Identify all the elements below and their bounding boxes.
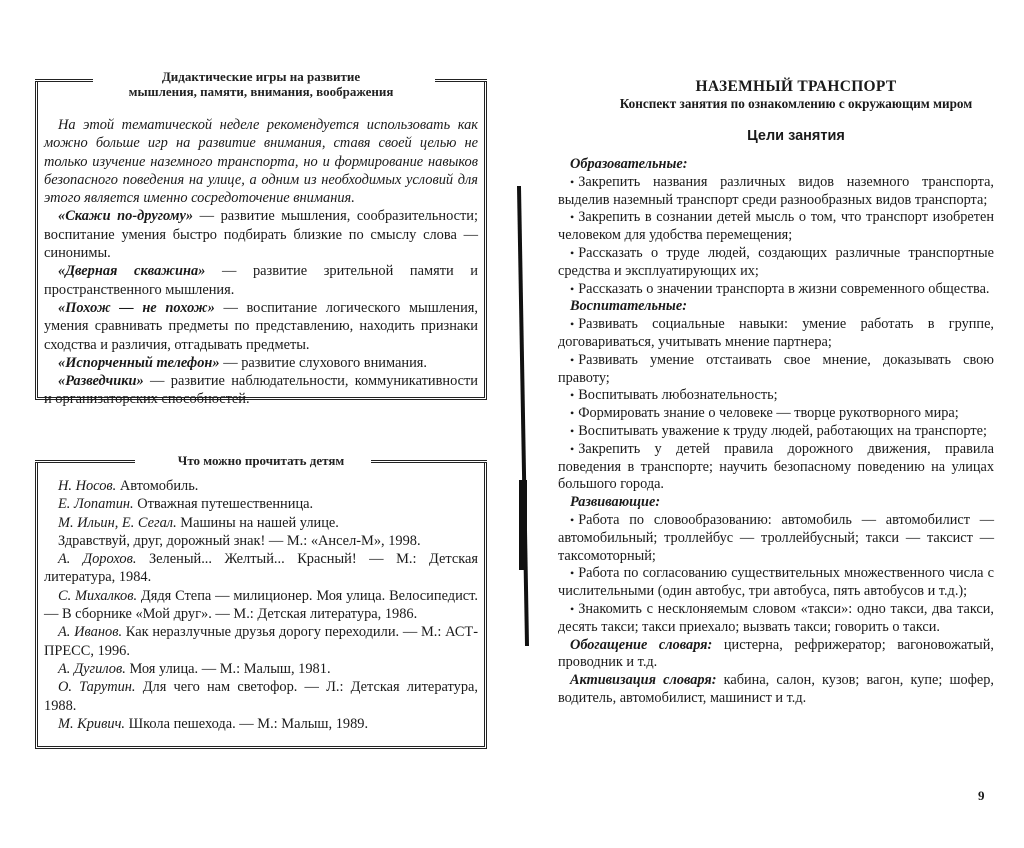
book-author: С. Михалков. [58,588,137,604]
reading-list-body: Н. Носов. Автомобиль.Е. Лопатин. Отважна… [44,477,478,733]
title-line-1: Дидактические игры на развитие [38,69,484,84]
goal-item: •Воспитывать уважение к труду людей, раб… [558,423,994,441]
game-name: «Скажи по-другому» [58,208,193,224]
book-entry: Здравствуй, друг, дорожный знак! — М.: «… [44,532,478,550]
game-entry: «Испорченный телефон» — развитие слухово… [44,354,478,372]
lesson-title: НАЗЕМНЫЙ ТРАНСПОРТ [598,78,994,96]
book-title: Моя улица. — М.: Малыш, 1981. [126,661,331,677]
goal-item: •Формировать знание о человеке — творце … [558,405,994,423]
bullet-icon: • [570,282,574,296]
goal-item: •Рассказать о труде людей, создающих раз… [558,245,994,281]
book-entry: М. Кривич. Школа пешехода. — М.: Малыш, … [44,715,478,733]
page-number: 9 [978,788,985,804]
goal-categories: Образовательные:•Закрепить названия разл… [558,156,994,637]
goal-category-label: Развивающие: [558,494,994,512]
bullet-icon: • [570,513,574,527]
goal-item-text: Знакомить с несклоняемым словом «такси»:… [558,601,994,635]
title-line-2: мышления, памяти, внимания, воображения [38,84,484,99]
goal-item: •Работа по согласованию существительных … [558,565,994,601]
game-description: — развитие слухового внимания. [220,355,427,371]
goals-heading: Цели занятия [598,128,994,144]
goal-item: •Воспитывать любознательность; [558,387,994,405]
games-intro: На этой тематической неделе рекомендуетс… [44,116,478,207]
lesson-plan-page: НАЗЕМНЫЙ ТРАНСПОРТ Конспект занятия по о… [558,78,994,708]
book-entry: А. Дорохов. Зеленый... Желтый... Красный… [44,550,478,587]
vocabulary-enrichment: Обогащение словаря: цистерна, рефрижерат… [558,637,994,673]
goal-item: •Развивать умение отстаивать свое мнение… [558,352,994,388]
bullet-icon: • [570,175,574,189]
book-author: О. Тарутин. [58,679,136,695]
book-title: Отважная путешественница. [134,496,313,512]
book-author: А. Дорохов. [58,551,136,567]
goals-body: Образовательные:•Закрепить названия разл… [558,156,994,708]
book-author: А. Дугилов. [58,661,126,677]
goal-item-text: Рассказать о труде людей, создающих разл… [558,245,994,279]
didactic-games-title: Дидактические игры на развитие мышления,… [38,69,484,99]
goal-item-text: Работа по согласованию существительных м… [558,565,994,599]
goal-item-text: Закрепить названия различных видов назем… [558,174,994,208]
bullet-icon: • [570,442,574,456]
didactic-games-box: Дидактические игры на развитие мышления,… [35,82,487,400]
bullet-icon: • [570,602,574,616]
bullet-icon: • [570,210,574,224]
book-entry: С. Михалков. Дядя Степа — милиционер. Мо… [44,587,478,624]
goal-item-text: Развивать умение отстаивать свое мнение,… [558,352,994,386]
bullet-icon: • [570,406,574,420]
goal-item: •Закрепить у детей правила дорожного дви… [558,441,994,494]
book-spine-divider [517,186,529,646]
game-name: «Дверная скважина» [58,263,205,279]
book-title: Машины на нашей улице. [177,515,339,531]
book-entry: М. Ильин, Е. Сегал. Машины на нашей улиц… [44,514,478,532]
book-author: Н. Носов. [58,478,116,494]
bullet-icon: • [570,246,574,260]
goal-category-label: Воспитательные: [558,298,994,316]
vocabulary-activation-label: Активизация словаря: [570,672,717,688]
book-author: М. Ильин, Е. Сегал. [58,515,177,531]
vocabulary-enrichment-label: Обогащение словаря: [570,637,712,653]
goal-item-text: Воспитывать уважение к труду людей, рабо… [578,423,987,439]
reading-list-box: Что можно прочитать детям Н. Носов. Авто… [35,463,487,749]
bullet-icon: • [570,388,574,402]
book-title: Автомобиль. [116,478,198,494]
game-entry: «Похож — не похож» — воспитание логическ… [44,299,478,354]
game-name: «Разведчики» [58,373,144,389]
game-name: «Испорченный телефон» [58,355,220,371]
book-author: М. Кривич. [58,716,125,732]
goal-item-text: Формировать знание о человеке — творце р… [578,405,959,421]
games-list: «Скажи по-другому» — развитие мышления, … [44,207,478,408]
game-entry: «Разведчики» — развитие наблюдательности… [44,372,478,409]
game-name: «Похож — не похож» [58,300,215,316]
book-entry: Е. Лопатин. Отважная путешественница. [44,495,478,513]
book-author: Е. Лопатин. [58,496,134,512]
book-title: Школа пешехода. — М.: Малыш, 1989. [125,716,368,732]
book-entry: Н. Носов. Автомобиль. [44,477,478,495]
goal-item-text: Развивать социальные навыки: умение рабо… [558,316,994,350]
bullet-icon: • [570,424,574,438]
goal-item: •Закрепить в сознании детей мысль о том,… [558,209,994,245]
book-entry: А. Дугилов. Моя улица. — М.: Малыш, 1981… [44,660,478,678]
bullet-icon: • [570,566,574,580]
game-entry: «Дверная скважина» — развитие зрительной… [44,262,478,299]
didactic-games-body: На этой тематической неделе рекомендуетс… [44,116,478,409]
goal-item-text: Воспитывать любознательность; [578,387,777,403]
goal-item-text: Закрепить у детей правила дорожного движ… [558,441,994,493]
book-spine-shadow [519,480,527,570]
goal-category-label: Образовательные: [558,156,994,174]
lesson-subtitle: Конспект занятия по ознакомлению с окруж… [598,96,994,112]
goal-item: •Закрепить названия различных видов назе… [558,174,994,210]
book-entry: О. Тарутин. Для чего нам светофор. — Л.:… [44,678,478,715]
goal-item: •Рассказать о значении транспорта в жизн… [558,281,994,299]
book-title: Здравствуй, друг, дорожный знак! — М.: «… [58,533,421,549]
game-entry: «Скажи по-другому» — развитие мышления, … [44,207,478,262]
bullet-icon: • [570,317,574,331]
goal-item-text: Рассказать о значении транспорта в жизни… [578,281,989,297]
vocabulary-activation: Активизация словаря: кабина, салон, кузо… [558,672,994,708]
goal-item-text: Закрепить в сознании детей мысль о том, … [558,209,994,243]
goal-item: •Развивать социальные навыки: умение раб… [558,316,994,352]
book-entry: А. Иванов. Как неразлучные друзья дорогу… [44,623,478,660]
goal-item: •Работа по словообразованию: автомобиль … [558,512,994,565]
goal-item: •Знакомить с несклоняемым словом «такси»… [558,601,994,637]
goal-item-text: Работа по словообразованию: автомобиль —… [558,512,994,564]
reading-list-title: Что можно прочитать детям [38,453,484,468]
bullet-icon: • [570,353,574,367]
book-author: А. Иванов. [58,624,122,640]
